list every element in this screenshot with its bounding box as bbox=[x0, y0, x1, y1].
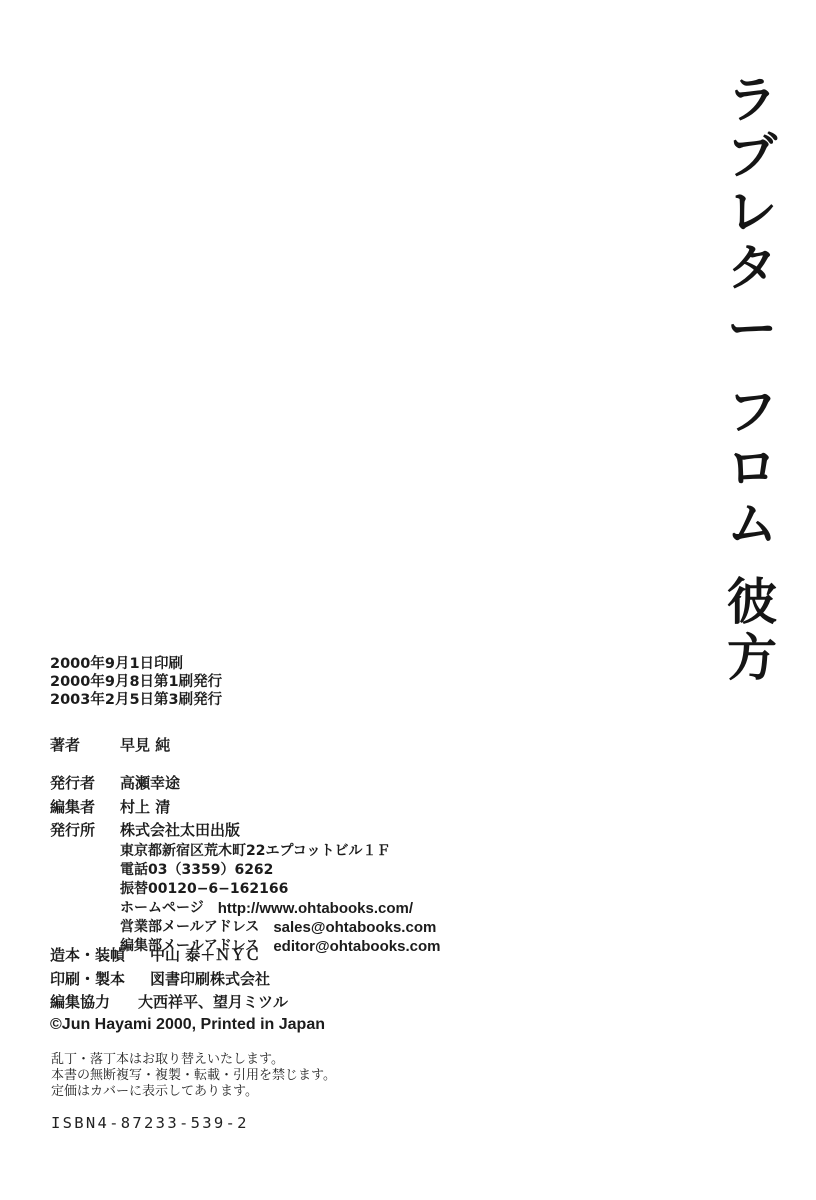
title-char: 方 bbox=[722, 630, 782, 686]
cooperation-label: 編集協力 bbox=[50, 991, 138, 1012]
publishing-house-name: 株式会社太田出版 bbox=[120, 819, 240, 840]
phone-text: 電話03（3359）6262 bbox=[120, 861, 273, 880]
publisher-name: 高瀬幸途 bbox=[120, 772, 180, 793]
title-char: ー bbox=[722, 296, 782, 362]
sales-email-label: 営業部メールアドレス bbox=[120, 918, 259, 937]
publisher-label: 発行者 bbox=[50, 772, 120, 793]
transfer-text: 振替00120−6−162166 bbox=[120, 880, 288, 899]
first-edition-date: 2000年9月8日第1刷発行 bbox=[50, 673, 222, 691]
title-char: レ bbox=[722, 184, 782, 240]
homepage-label: ホームページ bbox=[120, 899, 204, 918]
title-gap bbox=[722, 552, 782, 574]
design-credit: 中山 泰＋ＮＹＣ bbox=[150, 944, 260, 965]
note-price: 定価はカバーに表示してあります。 bbox=[51, 1084, 336, 1100]
phone: 電話03（3359）6262 bbox=[120, 861, 440, 880]
cooperation-credit: 大西祥平、望月ミツル bbox=[138, 991, 288, 1012]
isbn: ISBN4-87233-539-2 bbox=[51, 1114, 249, 1132]
title-char: フ bbox=[722, 384, 782, 440]
design-label: 造本・装幀 bbox=[50, 944, 150, 965]
book-title: ラ ブ レ タ ー フ ロ ム 彼 方 bbox=[722, 72, 782, 686]
homepage-row: ホームページ http://www.ohtabooks.com/ bbox=[120, 899, 440, 918]
sales-email-row: 営業部メールアドレス sales@ohtabooks.com bbox=[120, 918, 440, 937]
printing-label: 印刷・製本 bbox=[50, 968, 150, 989]
printing-credit: 図書印刷株式会社 bbox=[150, 968, 270, 989]
print-date: 2000年9月1日印刷 bbox=[50, 655, 222, 673]
publisher-block: 発行者 高瀬幸途 編集者 村上 清 発行所 株式会社太田出版 東京都新宿区荒木町… bbox=[50, 771, 440, 956]
transfer-account: 振替00120−6−162166 bbox=[120, 880, 440, 899]
note-copy-prohibited: 本書の無断複写・複製・転載・引用を禁じます。 bbox=[51, 1068, 336, 1084]
copyright: ©Jun Hayami 2000, Printed in Japan bbox=[50, 1014, 325, 1038]
third-printing-date: 2003年2月5日第3刷発行 bbox=[50, 691, 222, 709]
author-name: 早見 純 bbox=[120, 734, 170, 755]
author-row: 著者 早見 純 bbox=[50, 733, 170, 757]
sales-email: sales@ohtabooks.com bbox=[273, 918, 436, 937]
title-char: ラ bbox=[722, 72, 782, 128]
homepage-url: http://www.ohtabooks.com/ bbox=[218, 899, 413, 918]
address: 東京都新宿区荒木町22エプコットビル１Ｆ bbox=[120, 842, 440, 861]
editor-name: 村上 清 bbox=[120, 796, 170, 817]
address-text: 東京都新宿区荒木町22エプコットビル１Ｆ bbox=[120, 842, 391, 861]
title-char: ム bbox=[722, 496, 782, 552]
title-char: ブ bbox=[722, 128, 782, 184]
title-char: ロ bbox=[722, 440, 782, 496]
title-char: タ bbox=[722, 240, 782, 296]
title-gap bbox=[722, 362, 782, 384]
author-label: 著者 bbox=[50, 734, 120, 755]
notes: 乱丁・落丁本はお取り替えいたします。 本書の無断複写・複製・転載・引用を禁じます… bbox=[51, 1052, 336, 1100]
print-dates: 2000年9月1日印刷 2000年9月8日第1刷発行 2003年2月5日第3刷発… bbox=[50, 655, 222, 709]
editor-label: 編集者 bbox=[50, 796, 120, 817]
credits-block: 造本・装幀 中山 泰＋ＮＹＣ 印刷・製本 図書印刷株式会社 編集協力 大西祥平、… bbox=[50, 943, 325, 1037]
note-replacement: 乱丁・落丁本はお取り替えいたします。 bbox=[51, 1052, 336, 1068]
title-char: 彼 bbox=[722, 574, 782, 630]
publishing-house-label: 発行所 bbox=[50, 819, 120, 840]
